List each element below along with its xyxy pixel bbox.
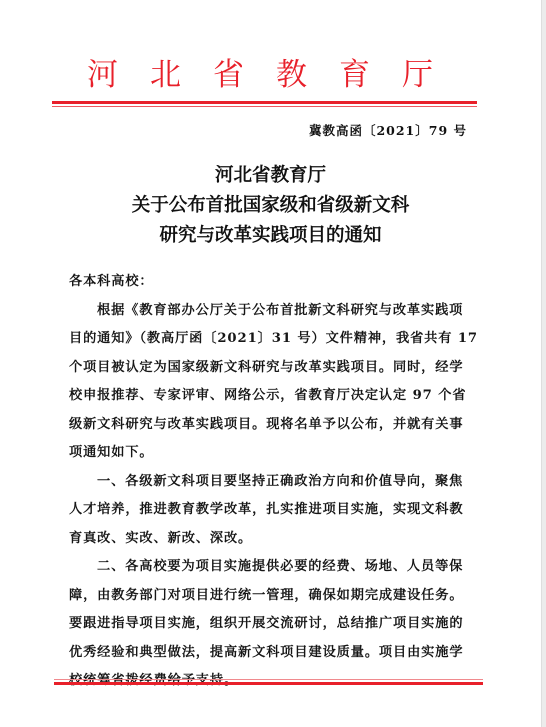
document-title: 河北省教育厅 关于公布首批国家级和省级新文科 研究与改革实践项目的通知 xyxy=(0,161,541,251)
text-line: 障，由教务部门对项目进行统一管理，确保如期完成建设任务。 xyxy=(69,582,469,611)
text-line: 一、各级新文科项目要坚持正确政治方向和价值导向，聚焦 xyxy=(69,468,469,497)
masthead-char: 育 xyxy=(339,55,402,95)
viewer-scroll-gutter[interactable] xyxy=(541,0,546,727)
footer-rule-thick xyxy=(54,682,483,685)
text-line: 根据《教育部办公厅关于公布首批新文科研究与改革实践项 xyxy=(69,297,469,326)
text-line: 要跟进指导项目实施，组织开展交流研讨，总结推广项目实施的 xyxy=(69,610,469,639)
masthead-title: 河 北 省 教 育 厅 xyxy=(87,55,465,95)
document-number: 冀教高函〔2021〕79 号 xyxy=(309,122,467,140)
title-line: 研究与改革实践项目的通知 xyxy=(0,221,541,251)
title-line: 河北省教育厅 xyxy=(0,161,541,191)
masthead-rule-thin xyxy=(52,106,477,107)
footer-rule-thin xyxy=(54,679,483,680)
text-line: 目的通知》（教高厅函〔2021〕31 号）文件精神，我省共有 17 xyxy=(69,325,469,354)
title-line: 关于公布首批国家级和省级新文科 xyxy=(0,191,541,221)
text-line: 二、各高校要为项目实施提供必要的经费、场地、人员等保 xyxy=(69,553,469,582)
paragraph-item-1: 一、各级新文科项目要坚持正确政治方向和价值导向，聚焦 人才培养，推进教育教学改革… xyxy=(69,468,469,554)
document-page: 河 北 省 教 育 厅 冀教高函〔2021〕79 号 河北省教育厅 关于公布首批… xyxy=(0,0,541,727)
text-line: 优秀经验和典型做法，提高新文科项目建设质量。项目由实施学 xyxy=(69,639,469,668)
masthead-char: 厅 xyxy=(402,55,465,95)
masthead-char: 北 xyxy=(150,55,213,95)
text-line: 个项目被认定为国家级新文科研究与改革实践项目。同时，经学 xyxy=(69,354,469,383)
document-body: 各本科高校： 根据《教育部办公厅关于公布首批新文科研究与改革实践项 目的通知》（… xyxy=(69,268,469,696)
text-line: 育真改、实改、新改、深改。 xyxy=(69,525,469,554)
paragraph-item-2: 二、各高校要为项目实施提供必要的经费、场地、人员等保 障，由教务部门对项目进行统… xyxy=(69,553,469,696)
paragraph-intro: 根据《教育部办公厅关于公布首批新文科研究与改革实践项 目的通知》（教高厅函〔20… xyxy=(69,297,469,468)
masthead-char: 省 xyxy=(213,55,276,95)
masthead-char: 教 xyxy=(276,55,339,95)
text-line: 项通知如下。 xyxy=(69,439,469,468)
salutation: 各本科高校： xyxy=(69,268,469,297)
masthead-char: 河 xyxy=(87,55,150,95)
text-line: 级新文科研究与改革实践项目。现将名单予以公布，并就有关事 xyxy=(69,411,469,440)
masthead-rule-thick xyxy=(52,101,477,104)
text-line: 人才培养，推进教育教学改革，扎实推进项目实施，实现文科教 xyxy=(69,496,469,525)
text-line: 校申报推荐、专家评审、网络公示，省教育厅决定认定 97 个省 xyxy=(69,382,469,411)
